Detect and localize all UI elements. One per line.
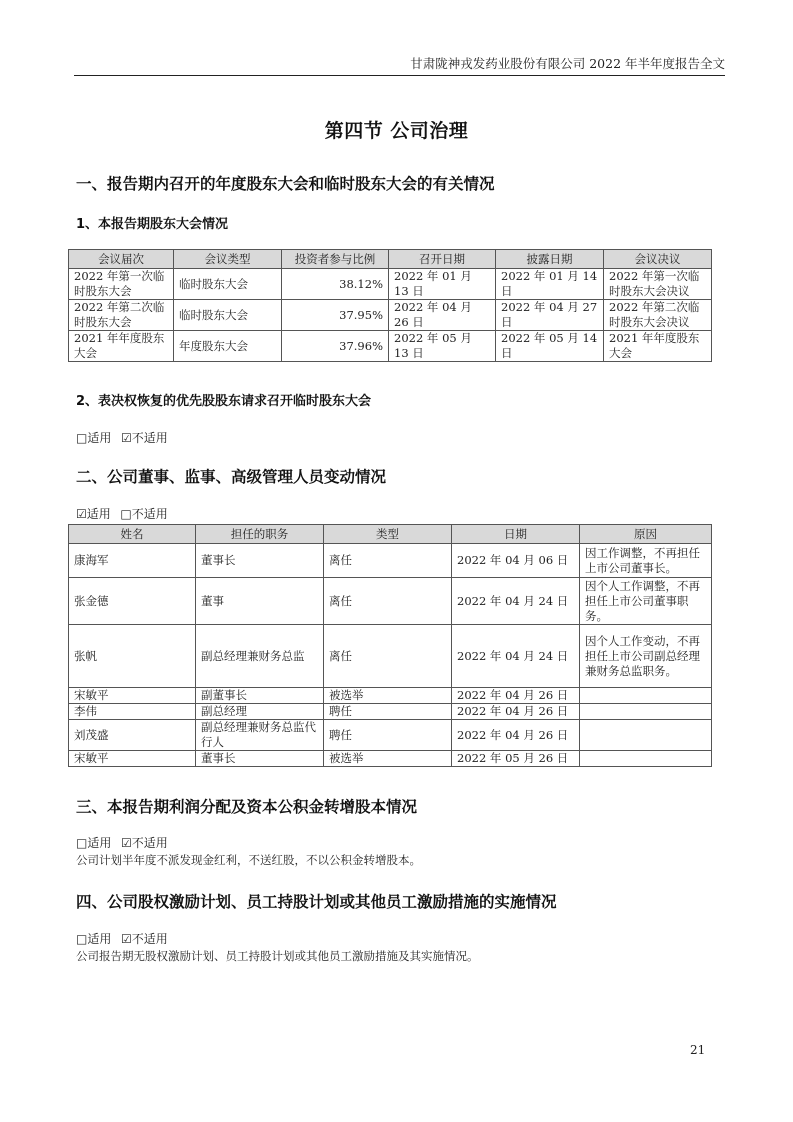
participation-ratio: 37.96% xyxy=(282,331,389,362)
not-applicable-checkbox: ☑不适用 xyxy=(121,930,168,947)
change-reason xyxy=(580,704,712,720)
table-row: 张金德 董事 离任 2022 年 04 月 24 日 因个人工作调整，不再担任上… xyxy=(69,578,712,625)
part4-applicability: □适用 ☑不适用 xyxy=(76,930,168,947)
part1-sub1-heading: 1、本报告期股东大会情况 xyxy=(76,213,228,232)
meeting-date: 2022 年 04 月 26 日 xyxy=(389,300,496,331)
disclosure-date: 2022 年 04 月 27 日 xyxy=(496,300,604,331)
not-applicable-checkbox: □不适用 xyxy=(120,505,167,522)
change-reason xyxy=(580,688,712,704)
change-type: 被选举 xyxy=(324,751,452,767)
column-header: 会议届次 xyxy=(69,250,174,269)
page-number: 21 xyxy=(690,1043,705,1057)
change-date: 2022 年 04 月 24 日 xyxy=(452,625,580,688)
position: 副总经理兼财务总监代行人 xyxy=(196,720,324,751)
meeting-type: 临时股东大会 xyxy=(174,269,282,300)
part2-applicability: ☑适用 □不适用 xyxy=(76,505,168,522)
meeting-session: 2022 年第二次临时股东大会 xyxy=(69,300,174,331)
column-header: 担任的职务 xyxy=(196,525,324,544)
part1-heading: 一、报告期内召开的年度股东大会和临时股东大会的有关情况 xyxy=(76,172,495,194)
meeting-resolution: 2022 年第一次临时股东大会决议 xyxy=(604,269,712,300)
table-row: 宋敏平 董事长 被选举 2022 年 05 月 26 日 xyxy=(69,751,712,767)
section-title: 第四节 公司治理 xyxy=(0,116,793,143)
person-name: 康海军 xyxy=(69,544,196,578)
position: 副总经理 xyxy=(196,704,324,720)
person-name: 宋敏平 xyxy=(69,688,196,704)
applicable-checkbox: □适用 xyxy=(76,834,111,851)
meeting-resolution: 2022 年第二次临时股东大会决议 xyxy=(604,300,712,331)
change-date: 2022 年 04 月 26 日 xyxy=(452,704,580,720)
part2-heading: 二、公司董事、监事、高级管理人员变动情况 xyxy=(76,465,386,487)
change-date: 2022 年 04 月 26 日 xyxy=(452,720,580,751)
change-reason: 因个人工作变动，不再担任上市公司副总经理兼财务总监职务。 xyxy=(580,625,712,688)
part3-text: 公司计划半年度不派发现金红利，不送红股，不以公积金转增股本。 xyxy=(76,852,421,868)
shareholder-meetings-table: 会议届次 会议类型 投资者参与比例 召开日期 披露日期 会议决议 2022 年第… xyxy=(68,249,712,362)
change-reason xyxy=(580,751,712,767)
personnel-changes-table: 姓名 担任的职务 类型 日期 原因 康海军 董事长 离任 2022 年 04 月… xyxy=(68,524,712,767)
change-date: 2022 年 04 月 06 日 xyxy=(452,544,580,578)
table-row: 刘茂盛 副总经理兼财务总监代行人 聘任 2022 年 04 月 26 日 xyxy=(69,720,712,751)
table-row: 2022 年第二次临时股东大会 临时股东大会 37.95% 2022 年 04 … xyxy=(69,300,712,331)
position: 副总经理兼财务总监 xyxy=(196,625,324,688)
disclosure-date: 2022 年 01 月 14 日 xyxy=(496,269,604,300)
applicable-checkbox: □适用 xyxy=(76,429,111,446)
column-header: 投资者参与比例 xyxy=(282,250,389,269)
meeting-session: 2022 年第一次临时股东大会 xyxy=(69,269,174,300)
change-type: 被选举 xyxy=(324,688,452,704)
table-row: 宋敏平 副董事长 被选举 2022 年 04 月 26 日 xyxy=(69,688,712,704)
column-header: 原因 xyxy=(580,525,712,544)
person-name: 张金德 xyxy=(69,578,196,625)
running-header: 甘肃陇神戎发药业股份有限公司 2022 年半年度报告全文 xyxy=(74,54,725,76)
change-date: 2022 年 04 月 24 日 xyxy=(452,578,580,625)
not-applicable-checkbox: ☑不适用 xyxy=(121,834,168,851)
meeting-type: 临时股东大会 xyxy=(174,300,282,331)
table-row: 康海军 董事长 离任 2022 年 04 月 06 日 因工作调整，不再担任上市… xyxy=(69,544,712,578)
column-header: 会议决议 xyxy=(604,250,712,269)
meeting-session: 2021 年年度股东大会 xyxy=(69,331,174,362)
table-row: 张帆 副总经理兼财务总监 离任 2022 年 04 月 24 日 因个人工作变动… xyxy=(69,625,712,688)
person-name: 李伟 xyxy=(69,704,196,720)
table-header-row: 会议届次 会议类型 投资者参与比例 召开日期 披露日期 会议决议 xyxy=(69,250,712,269)
change-type: 聘任 xyxy=(324,720,452,751)
change-type: 离任 xyxy=(324,544,452,578)
change-type: 聘任 xyxy=(324,704,452,720)
part3-applicability: □适用 ☑不适用 xyxy=(76,834,168,851)
column-header: 召开日期 xyxy=(389,250,496,269)
meeting-type: 年度股东大会 xyxy=(174,331,282,362)
change-date: 2022 年 04 月 26 日 xyxy=(452,688,580,704)
change-reason: 因工作调整，不再担任上市公司董事长。 xyxy=(580,544,712,578)
part1-sub2-applicability: □适用 ☑不适用 xyxy=(76,429,168,446)
not-applicable-checkbox: ☑不适用 xyxy=(121,429,168,446)
applicable-checkbox: □适用 xyxy=(76,930,111,947)
position: 副董事长 xyxy=(196,688,324,704)
meeting-date: 2022 年 05 月 13 日 xyxy=(389,331,496,362)
part4-heading: 四、公司股权激励计划、员工持股计划或其他员工激励措施的实施情况 xyxy=(76,890,557,912)
part3-heading: 三、本报告期利润分配及资本公积金转增股本情况 xyxy=(76,795,417,817)
meeting-date: 2022 年 01 月 13 日 xyxy=(389,269,496,300)
change-date: 2022 年 05 月 26 日 xyxy=(452,751,580,767)
table-row: 李伟 副总经理 聘任 2022 年 04 月 26 日 xyxy=(69,704,712,720)
column-header: 类型 xyxy=(324,525,452,544)
table-header-row: 姓名 担任的职务 类型 日期 原因 xyxy=(69,525,712,544)
column-header: 日期 xyxy=(452,525,580,544)
column-header: 披露日期 xyxy=(496,250,604,269)
part1-sub2-heading: 2、表决权恢复的优先股股东请求召开临时股东大会 xyxy=(76,390,371,409)
person-name: 张帆 xyxy=(69,625,196,688)
applicable-checkbox: ☑适用 xyxy=(76,505,111,522)
change-reason xyxy=(580,720,712,751)
column-header: 姓名 xyxy=(69,525,196,544)
table-row: 2022 年第一次临时股东大会 临时股东大会 38.12% 2022 年 01 … xyxy=(69,269,712,300)
person-name: 宋敏平 xyxy=(69,751,196,767)
position: 董事长 xyxy=(196,544,324,578)
change-type: 离任 xyxy=(324,625,452,688)
participation-ratio: 37.95% xyxy=(282,300,389,331)
meeting-resolution: 2021 年年度股东大会 xyxy=(604,331,712,362)
column-header: 会议类型 xyxy=(174,250,282,269)
part4-text: 公司报告期无股权激励计划、员工持股计划或其他员工激励措施及其实施情况。 xyxy=(76,948,479,964)
disclosure-date: 2022 年 05 月 14 日 xyxy=(496,331,604,362)
position: 董事 xyxy=(196,578,324,625)
change-type: 离任 xyxy=(324,578,452,625)
change-reason: 因个人工作调整，不再担任上市公司董事职务。 xyxy=(580,578,712,625)
person-name: 刘茂盛 xyxy=(69,720,196,751)
position: 董事长 xyxy=(196,751,324,767)
table-row: 2021 年年度股东大会 年度股东大会 37.96% 2022 年 05 月 1… xyxy=(69,331,712,362)
participation-ratio: 38.12% xyxy=(282,269,389,300)
